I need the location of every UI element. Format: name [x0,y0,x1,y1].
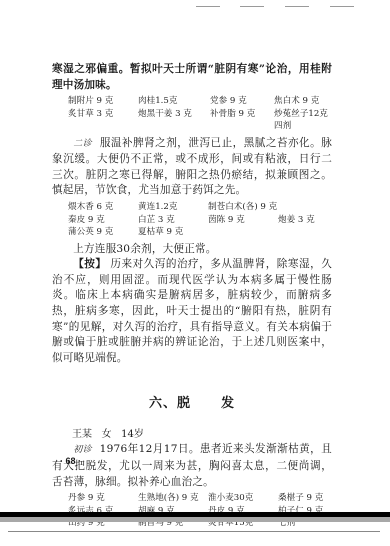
herb: 蒲公英 9 克 [68,226,138,239]
herb: 制附片 9 克 [68,95,138,108]
herb: 桑椹子 9 克 [278,492,348,505]
first-visit-paragraph: 初诊 1976年12月17日。患者近来头发渐渐枯黄，且有大把脱发，尤以一周来为甚… [52,442,332,490]
herb: 茵陈 9 克 [208,214,278,227]
herb: 肉桂1.5克 [138,95,210,108]
herb: 炙甘草 3 克 [68,108,138,121]
book-page: 寒湿之邪偏重。暂拟叶天士所谓“脏阴有寒”论治，用桂附理中汤加味。 制附片 9 克… [52,62,332,533]
herb: 煨木香 6 克 [68,201,138,214]
scan-border-line [8,531,380,532]
scan-artifact-line [330,6,354,7]
patient-info: 王某 女 14岁 [52,425,332,440]
section-title-part: 发 [221,396,235,411]
commentary: 【按】 历来对久泻的治疗，多从温脾肾，除寒湿，久治不应，则用固涩。而现代医学认为… [52,257,332,366]
herb: 制苍白术(各) 9 克 [208,201,348,214]
herb: 补骨脂 9 克 [210,108,274,121]
prescription-3: 丹参 9 克 生熟地(各) 9 克 淮小麦30克 桑椹子 9 克 炙远志 6 克… [68,492,332,530]
visit-text: 服温补脾肾之剂，泄泻已止，黑腻之苔亦化。脉象沉缓。大便仍不正常，或不成形，间或有… [52,137,332,197]
dose-count: 四剂 [274,120,344,133]
page-number: · 68 · [60,456,81,466]
herb: 生熟地(各) 9 克 [138,492,208,505]
section-title-part: 脱 [177,396,191,411]
commentary-text: 历来对久泻的治疗，多从温脾肾，除寒湿，久治不应，则用固涩。而现代医学认为本病多属… [52,258,332,364]
intro-paragraph: 寒湿之邪偏重。暂拟叶天士所谓“脏阴有寒”论治，用桂附理中汤加味。 [52,62,332,93]
commentary-label: 【按】 [73,258,106,270]
patient-name: 王某 [72,429,92,440]
visit-label: 初诊 [73,445,92,455]
section-number: 六、 [149,396,177,411]
follow-up: 上方连服30余剂，大便正常。 [52,242,332,258]
visit-label: 二诊 [73,139,92,149]
herb: 白芷 3 克 [138,214,208,227]
herb: 炮黑干姜 3 克 [138,108,210,121]
scan-border-gray [0,517,390,522]
herb: 党参 9 克 [210,95,274,108]
herb: 焦白术 9 克 [274,95,344,108]
herb: 黄连1.2克 [138,201,208,214]
herb: 丹参 9 克 [68,492,138,505]
herb: 炮姜 3 克 [278,214,348,227]
scan-artifact-line [285,6,309,7]
prescription-1: 制附片 9 克 肉桂1.5克 党参 9 克 焦白术 9 克 炙甘草 3 克 炮黑… [68,95,332,133]
herb: 秦皮 9 克 [68,214,138,227]
section-title: 六、脱发 [52,392,332,411]
visit-text: 1976年12月17日。患者近来头发渐渐枯黄，且有大把脱发，尤以一周来为甚，胸闷… [52,443,332,487]
herb: 炒菟丝子12克 [274,108,344,121]
patient-sex: 女 [102,429,112,440]
patient-age: 14岁 [121,429,144,440]
herb: 夏枯草 9 克 [138,226,208,239]
scan-artifact-line [240,6,264,7]
prescription-2: 煨木香 6 克 黄连1.2克 制苍白术(各) 9 克 秦皮 9 克 白芷 3 克… [68,201,332,239]
second-visit-paragraph: 二诊 服温补脾肾之剂，泄泻已止，黑腻之苔亦化。脉象沉缓。大便仍不正常，或不成形，… [52,136,332,199]
herb: 淮小麦30克 [208,492,278,505]
scan-artifact-line [196,6,220,7]
